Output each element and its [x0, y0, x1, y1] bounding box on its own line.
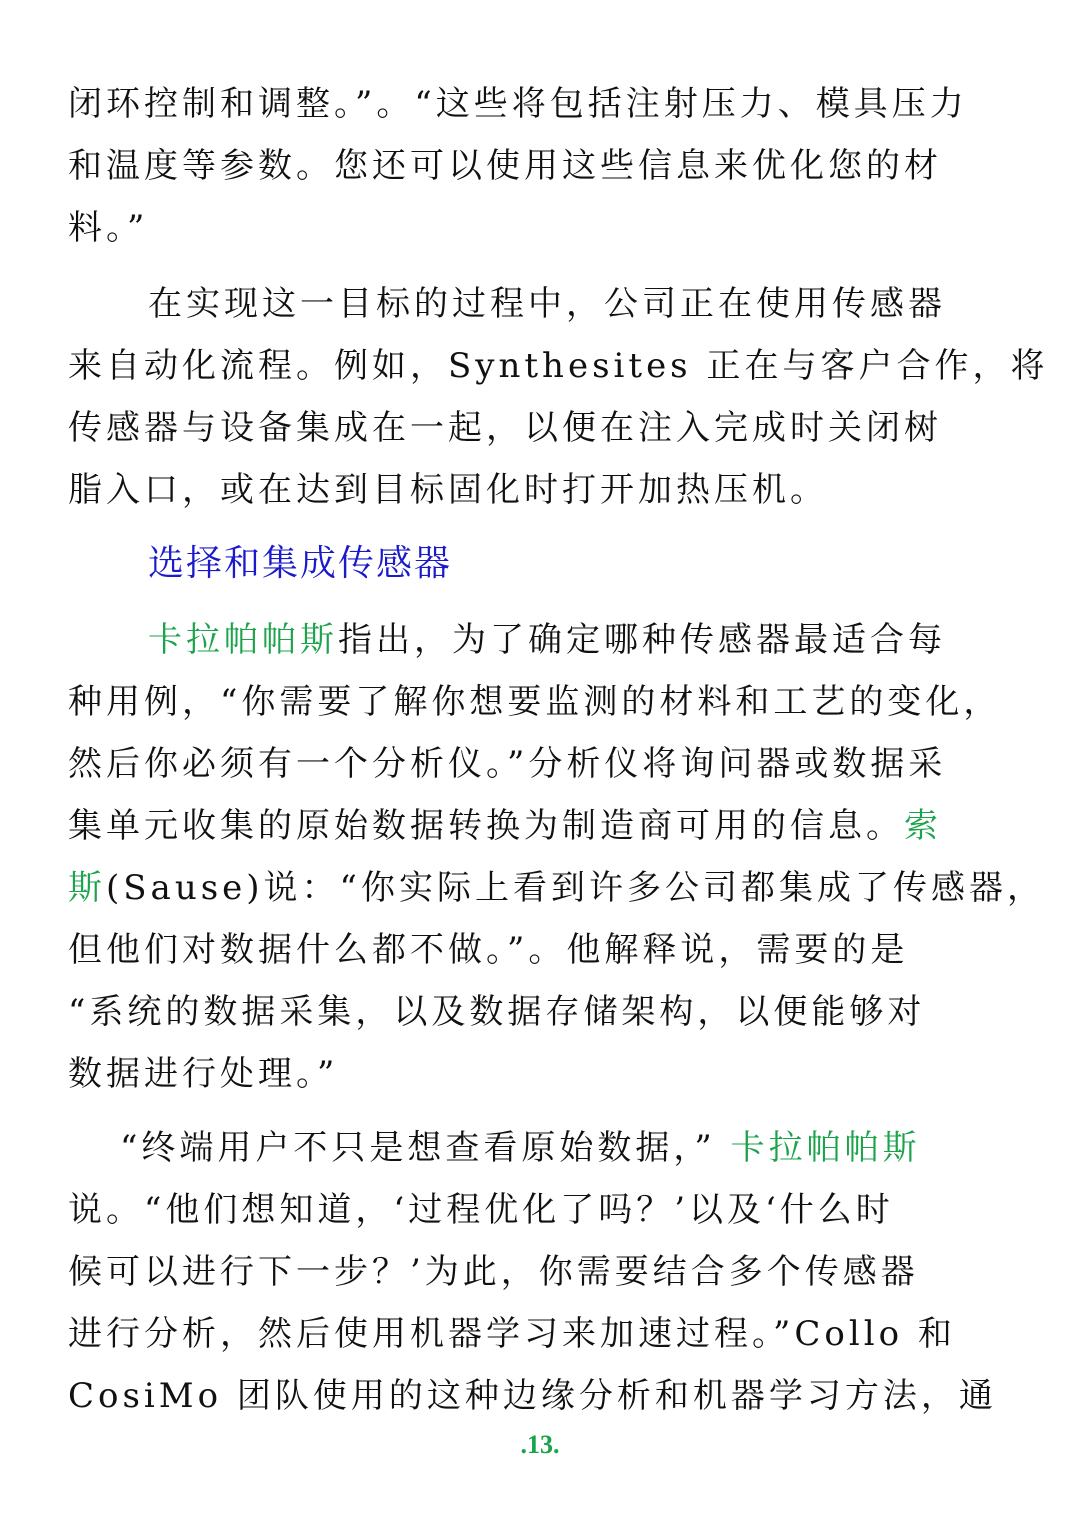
text-line: 在实现这一目标的过程中，公司正在使用传感器: [148, 284, 946, 324]
text-line: 来自动化流程。例如，Synthesites 正在与客户合作，将: [68, 346, 1048, 386]
text-line: “终端用户不只是想查看原始数据，” 卡拉帕帕斯: [120, 1128, 921, 1168]
text-line: 闭环控制和调整。”。“这些将包括注射压力、模具压力: [68, 84, 968, 124]
text-line: 和温度等参数。您还可以使用这些信息来优化您的材: [68, 146, 942, 186]
text-line: 集单元收集的原始数据转换为制造商可用的信息。索: [68, 806, 942, 846]
person-name: 卡拉帕帕斯: [148, 620, 338, 660]
text-line: 进行分析，然后使用机器学习来加速过程。”Collo 和: [68, 1314, 956, 1354]
text-line: 脂入口，或在达到目标固化时打开加热压机。: [68, 470, 828, 510]
text-line: 说。“他们想知道，‘过程优化了吗？’以及‘什么时: [68, 1190, 894, 1230]
page-number: .13.: [0, 1430, 1080, 1460]
text-line: 种用例，“你需要了解你想要监测的材料和工艺的变化，: [68, 682, 1001, 722]
text-line: “系统的数据采集，以及数据存储架构，以便能够对: [68, 992, 925, 1032]
text-line: CosiMo 团队使用的这种边缘分析和机器学习方法，通: [68, 1376, 997, 1416]
text-line: 然后你必须有一个分析仪。”分析仪将询问器或数据采: [68, 744, 946, 784]
text-line: 但他们对数据什么都不做。”。他解释说，需要的是: [68, 930, 908, 970]
person-name: 索: [904, 806, 942, 846]
text-line: 数据进行处理。”: [68, 1054, 338, 1094]
person-name: 斯: [68, 868, 106, 908]
text-line: 候可以进行下一步？’为此，你需要结合多个传感器: [68, 1252, 919, 1292]
text-line: 料。”: [68, 208, 148, 248]
person-name: 卡拉帕帕斯: [731, 1128, 921, 1168]
section-heading: 选择和集成传感器: [148, 544, 452, 584]
text-line: 传感器与设备集成在一起，以便在注入完成时关闭树: [68, 408, 942, 448]
text-line: 卡拉帕帕斯指出，为了确定哪种传感器最适合每: [148, 620, 946, 660]
text-line: 斯(Sause)说：“你实际上看到许多公司都集成了传感器，: [68, 868, 1045, 908]
